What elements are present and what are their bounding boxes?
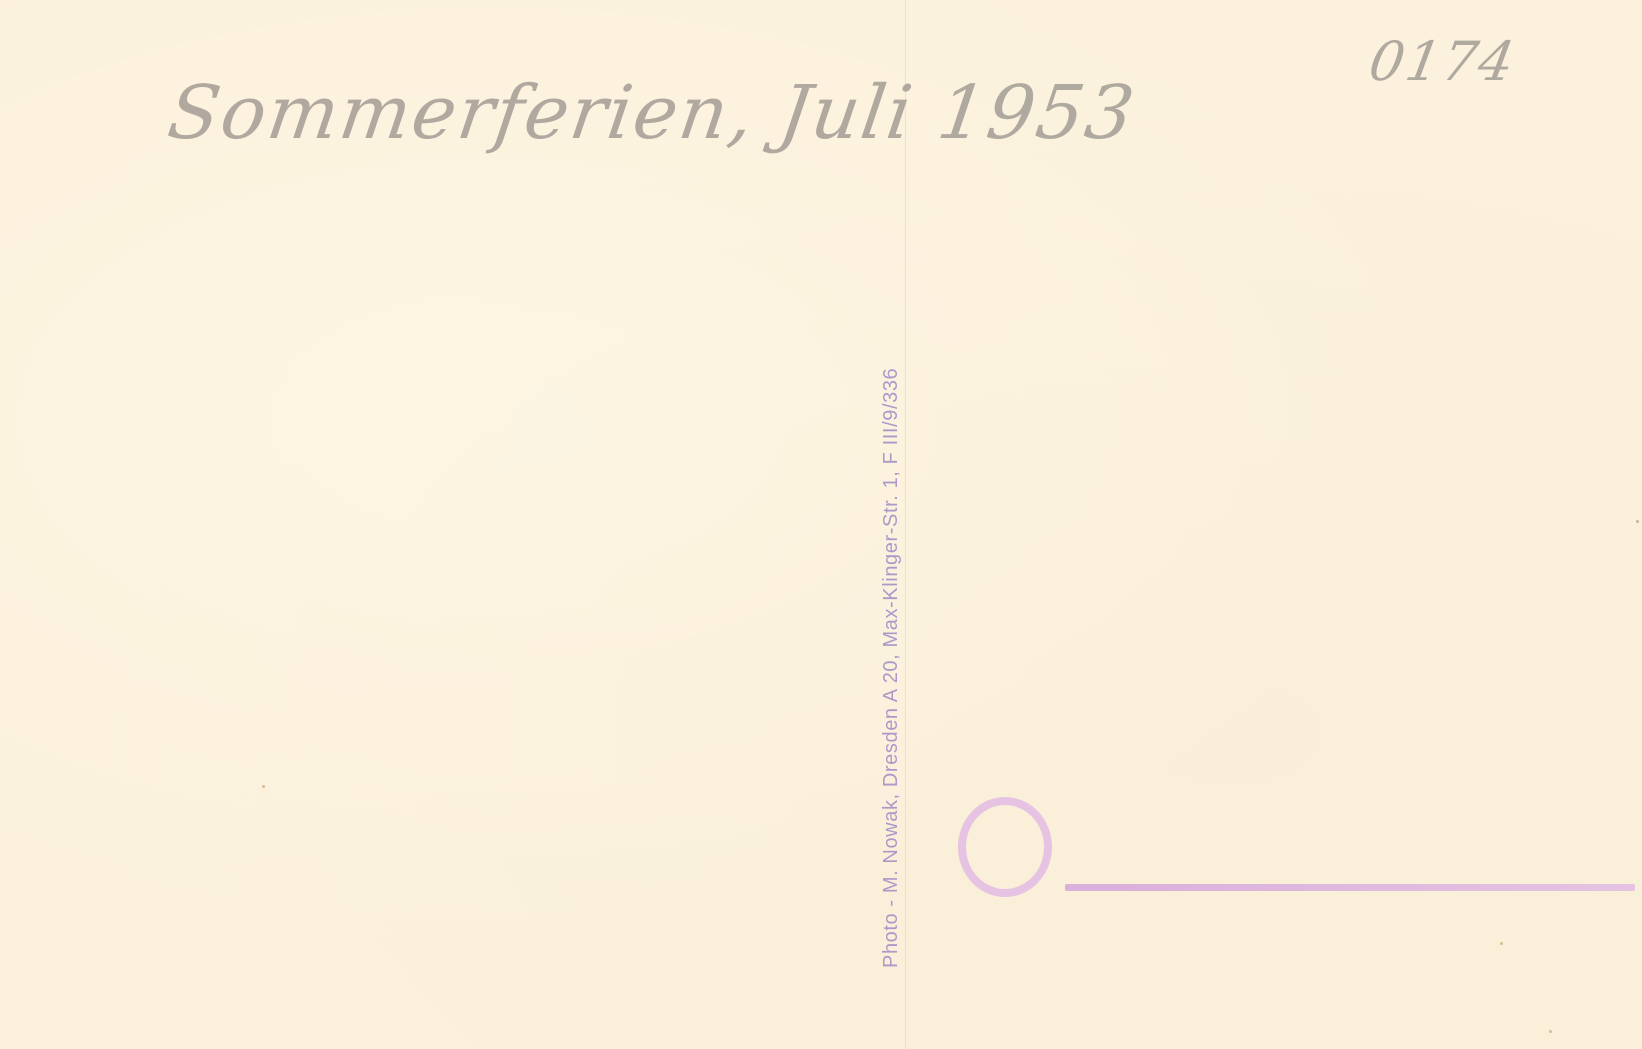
handwritten-code: 0174: [1364, 30, 1521, 93]
handwritten-caption: Sommerferien, Juli 1953: [163, 70, 1141, 156]
center-divider-line: [905, 0, 906, 1049]
paper-speck: [1500, 942, 1503, 945]
publisher-imprint: Photo - M. Nowak, Dresden A 20, Max-Klin…: [880, 368, 903, 968]
paper-speck: [1636, 520, 1639, 523]
address-line: [1065, 884, 1635, 891]
stamp-circle-icon: [958, 797, 1052, 897]
postcard-back: Sommerferien, Juli 1953 0174 Photo - M. …: [0, 0, 1642, 1049]
paper-speck: [262, 785, 265, 788]
paper-speck: [1549, 1030, 1552, 1033]
